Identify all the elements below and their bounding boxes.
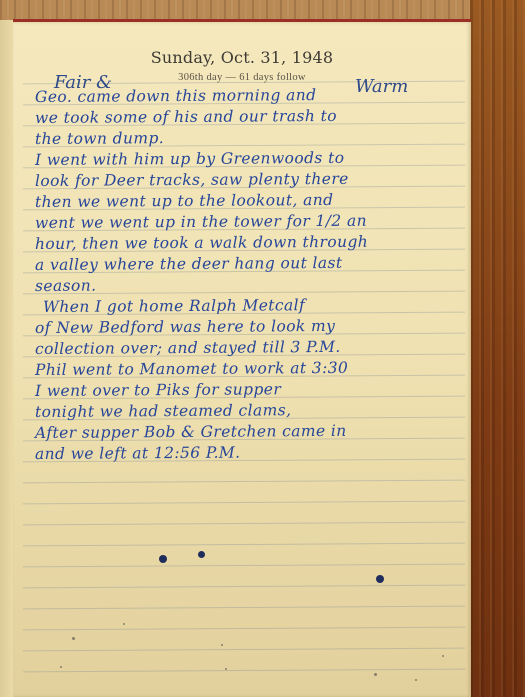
- entry-line: a valley where the deer hang out last: [35, 254, 343, 274]
- paper-speck: [72, 637, 75, 640]
- ruling-line: [23, 564, 465, 568]
- ruling-line: [23, 627, 465, 631]
- diary-page: Sunday, Oct. 31, 1948 306th day — 61 day…: [13, 22, 471, 697]
- entry-line: of New Bedford was here to look my: [35, 317, 335, 337]
- ink-blot: [159, 555, 167, 563]
- ink-blot: [198, 551, 205, 558]
- entry-line: collection over; and stayed till 3 P.M.: [35, 338, 341, 358]
- ruling-line: [23, 522, 465, 526]
- entry-line: hour, then we took a walk down through: [35, 233, 368, 253]
- entry-line: tonight we had steamed clams,: [35, 401, 292, 421]
- ruling-line: [23, 669, 465, 673]
- entry-line: the town dump.: [35, 129, 164, 148]
- wood-table-right: [470, 0, 525, 697]
- entry-line: and we left at 12:56 P.M.: [35, 444, 241, 463]
- ruling-line: [23, 480, 465, 484]
- paper-speck: [442, 655, 444, 657]
- ruling-line: [23, 606, 465, 610]
- ruling-line: [23, 585, 465, 589]
- ink-blot: [376, 575, 384, 583]
- entry-line: Phil went to Manomet to work at 3:30: [35, 359, 348, 379]
- weather-note-right: Warm: [355, 76, 408, 97]
- entry-line: we took some of his and our trash to: [35, 107, 337, 127]
- entry-line: I went with him up by Greenwoods to: [35, 149, 345, 169]
- paper-speck: [221, 644, 223, 646]
- ruling-line: [23, 501, 465, 505]
- page-date-heading: Sunday, Oct. 31, 1948: [13, 48, 471, 67]
- entry-line: After supper Bob & Gretchen came in: [35, 422, 347, 442]
- entry-line: Geo. came down this morning and: [35, 86, 317, 106]
- entry-line: I went over to Piks for supper: [35, 380, 281, 400]
- entry-line: went we went up in the tower for 1/2 an: [35, 212, 367, 232]
- entry-line: then we went up to the lookout, and: [35, 191, 334, 211]
- paper-speck: [374, 673, 377, 676]
- ruling-line: [23, 648, 465, 652]
- ruling-line: [23, 543, 465, 547]
- entry-line: When I got home Ralph Metcalf: [43, 296, 305, 316]
- paper-speck: [123, 623, 125, 625]
- paper-speck: [60, 666, 62, 668]
- paper-speck: [225, 668, 227, 670]
- entry-line: look for Deer tracks, saw plenty there: [35, 170, 349, 190]
- paper-speck: [415, 679, 417, 681]
- entry-line: season.: [35, 277, 96, 295]
